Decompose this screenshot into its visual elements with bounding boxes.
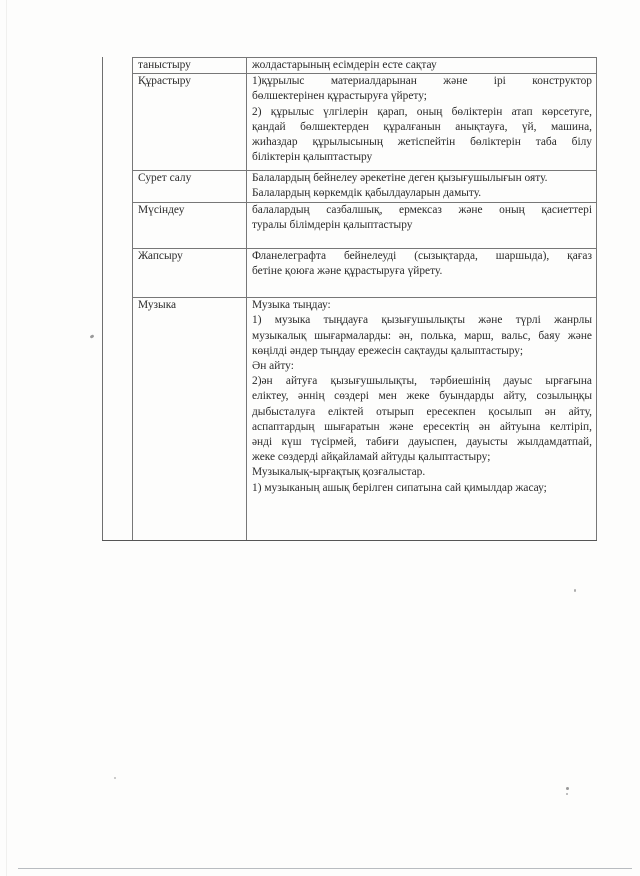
description-line: еліктеу, әннің сөздері мен жеке буындард… (252, 389, 592, 404)
outer-column-border (102, 57, 103, 541)
description-line: 2) құрылыс үлгілерін қарап, оның бөлікте… (252, 105, 592, 120)
description-line: бетіне қоюға және құрастыруға үйрету. (252, 264, 592, 279)
page-edge (18, 868, 632, 869)
subject-label: Сурет салу (138, 172, 191, 184)
description-cell: жолдастарының есімдерін есте сақтау (247, 58, 597, 74)
curriculum-table: таныстыру жолдастарының есімдерін есте с… (132, 57, 597, 540)
description-line: бөлшектерінен құрастыруға үйрету; (252, 89, 592, 104)
description-line: Музыка тыңдау: (252, 298, 592, 313)
description-line: Музыкалық-ырғақтық қозғалыстар. (252, 465, 592, 480)
description-line: жиһаздар құрылысының жетіспейтін бөлікте… (252, 135, 592, 150)
description-line: қандай бөлшектерден құралғанын анықтауға… (252, 120, 592, 135)
subject-cell: Жапсыру (133, 249, 247, 298)
scan-speck (114, 777, 116, 779)
description-line: көңілді әндер тыңдау ережесін сақтауды қ… (252, 344, 592, 359)
table-row: Жапсыру Фланелеграфта бейнелеуді (сызықт… (133, 249, 597, 298)
description-line: аспаптардың шығаратын және ересектің ән … (252, 420, 592, 435)
subject-cell: Мүсіндеу (133, 203, 247, 249)
scan-speck (90, 334, 95, 339)
description-line: балалардың сазбалшық, ермексаз және оның… (252, 203, 592, 218)
subject-label: Жапсыру (138, 250, 183, 262)
description-line: туралы білімдерін қалыптастыру (252, 218, 592, 233)
description-line: 1) музыканың ашық берілген сипатына сай … (252, 481, 592, 496)
description-line: Балалардың көркемдік қабылдауларын дамыт… (252, 186, 592, 201)
subject-cell: Музыка (133, 298, 247, 541)
description-line: 1)құрылыс материалдарынан және ірі конст… (252, 74, 592, 89)
description-line: 2)ән айтуға қызығушылықты, тәрбиешінің д… (252, 374, 592, 389)
description-cell: Музыка тыңдау:1) музыка тыңдауға қызығуш… (247, 298, 597, 541)
description-line: дыбысталуға еліктей отырып ересекпен қос… (252, 405, 592, 420)
description-line: 1) музыка тыңдауға қызығушылықты және тү… (252, 313, 592, 328)
subject-label: Құрастыру (138, 75, 191, 87)
table-bottom-border (102, 540, 597, 541)
subject-label: Музыка (138, 299, 176, 311)
description-cell: балалардың сазбалшық, ермексаз және оның… (247, 203, 597, 249)
subject-cell: таныстыру (133, 58, 247, 74)
table-row: таныстыру жолдастарының есімдерін есте с… (133, 58, 597, 74)
description-cell: 1)құрылыс материалдарынан және ірі конст… (247, 74, 597, 171)
scan-speck (566, 793, 568, 795)
scan-speck (566, 787, 569, 790)
subject-cell: Сурет салу (133, 171, 247, 203)
table-row: Музыка Музыка тыңдау:1) музыка тыңдауға … (133, 298, 597, 541)
description-line: Ән айту: (252, 359, 592, 374)
description-line: әнді күш түсірмей, табиғи дауыспен, дауы… (252, 435, 592, 450)
scan-speck (574, 589, 576, 592)
description-line: біліктерін қалыптастыру (252, 150, 592, 165)
subject-label: Мүсіндеу (138, 204, 184, 216)
page-edge (6, 0, 7, 876)
description-line: Балалардың бейнелеу әрекетіне деген қызы… (252, 171, 592, 186)
description-cell: Фланелеграфта бейнелеуді (сызықтарда, ша… (247, 249, 597, 298)
description-line: жолдастарының есімдерін есте сақтау (252, 58, 592, 73)
table-row: Мүсіндеу балалардың сазбалшық, ермексаз … (133, 203, 597, 249)
table-row: Құрастыру 1)құрылыс материалдарынан және… (133, 74, 597, 171)
description-line: жеке сөздерді айқайламай айтуды қалыптас… (252, 450, 592, 465)
description-line: Фланелеграфта бейнелеуді (сызықтарда, ша… (252, 249, 592, 264)
table-body: таныстыру жолдастарының есімдерін есте с… (133, 58, 597, 541)
table-row: Сурет салу Балалардың бейнелеу әрекетіне… (133, 171, 597, 203)
subject-cell: Құрастыру (133, 74, 247, 171)
subject-label: таныстыру (138, 59, 191, 71)
description-cell: Балалардың бейнелеу әрекетіне деген қызы… (247, 171, 597, 203)
description-line: музыкалық шығармаларды: ән, полька, марш… (252, 329, 592, 344)
